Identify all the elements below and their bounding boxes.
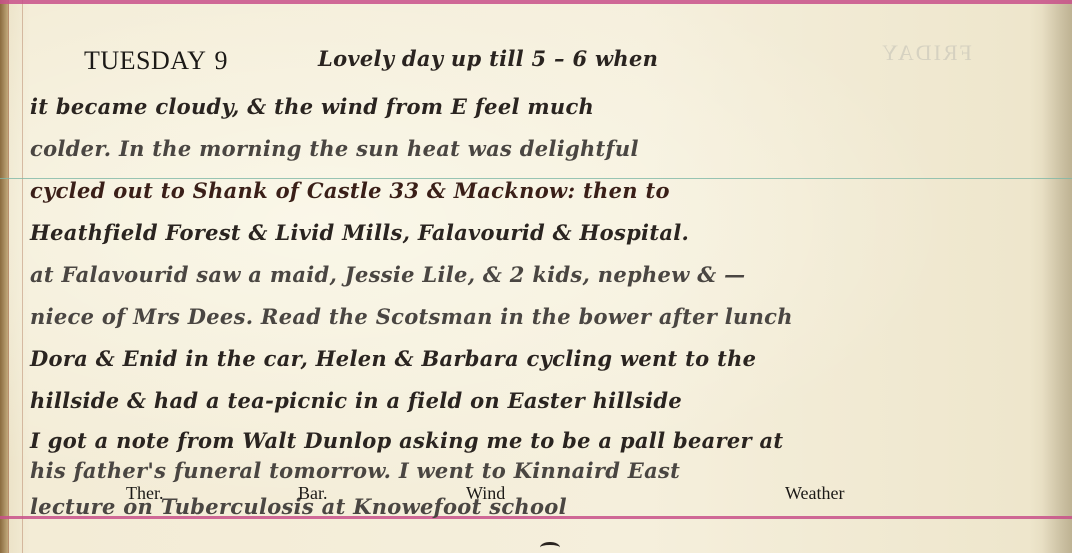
- day-heading: TUESDAY9: [84, 46, 228, 76]
- entry-line: colder. In the morning the sun heat was …: [30, 136, 1040, 161]
- entry-line: niece of Mrs Dees. Read the Scotsman in …: [30, 304, 1040, 329]
- wind-label: Wind: [466, 483, 505, 504]
- entry-line: at Falavourid saw a maid, Jessie Lile, &…: [30, 262, 1040, 287]
- day-number: 9: [214, 46, 228, 75]
- entry-line: Dora & Enid in the car, Helen & Barbara …: [30, 346, 1040, 371]
- next-entry-ink-stroke: [540, 542, 560, 553]
- entry-line: it became cloudy, & the wind from E feel…: [30, 94, 1040, 119]
- entry-line: Heathfield Forest & Livid Mills, Falavou…: [30, 220, 1040, 245]
- day-name: TUESDAY: [84, 46, 206, 75]
- thermometer-label: Ther.: [126, 483, 164, 504]
- entry-line: I got a note from Walt Dunlop asking me …: [30, 428, 1040, 453]
- page-curl-shadow: [1042, 0, 1072, 553]
- diary-page: FRIDAY TUESDAY9 Lovely day up till 5 – 6…: [0, 0, 1072, 553]
- entry-line: hillside & had a tea-picnic in a field o…: [30, 388, 1040, 413]
- weather-label-row: Ther. Bar. Wind Weather: [0, 483, 1072, 507]
- entry-line: his father's funeral tomorrow. I went to…: [30, 458, 1040, 483]
- margin-rule-inner: [22, 0, 23, 553]
- weather-label: Weather: [785, 483, 845, 504]
- top-pink-rule: [0, 0, 1072, 4]
- barometer-label: Bar.: [298, 483, 328, 504]
- margin-rule: [8, 0, 9, 553]
- entry-line: Lovely day up till 5 – 6 when: [318, 46, 1038, 71]
- entry-line: cycled out to Shank of Castle 33 & Mackn…: [30, 178, 1040, 203]
